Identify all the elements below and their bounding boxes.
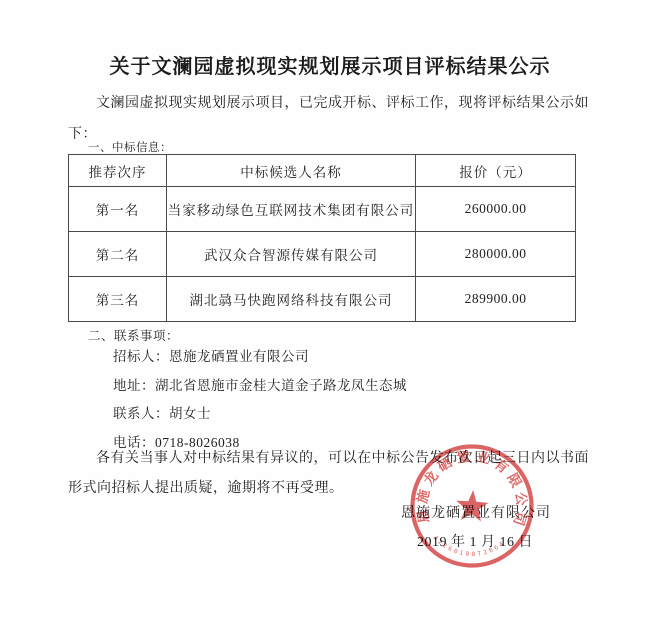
price-cell: 280000.00 — [416, 232, 576, 277]
rank-cell: 第三名 — [69, 277, 167, 322]
contact-person: 联系人：胡女士 — [113, 404, 407, 433]
section-heading-bid-info: 一、中标信息： — [88, 139, 172, 155]
column-header-price: 报价（元） — [416, 155, 576, 187]
rank-cell: 第一名 — [69, 187, 167, 232]
contact-address: 地址：湖北省恩施市金桂大道金子路龙凤生态城 — [113, 376, 407, 405]
contact-tenderer: 招标人：恩施龙硒置业有限公司 — [113, 347, 407, 376]
table-header-row: 推荐次序 中标候选人名称 报价（元） — [69, 155, 576, 187]
bid-result-table: 推荐次序 中标候选人名称 报价（元） 第一名 当家移动绿色互联网技术集团有限公司… — [68, 154, 576, 322]
table-row: 第三名 湖北骉马快跑网络科技有限公司 289900.00 — [69, 277, 576, 322]
seal-company-text: 恩施龙硒置业有限公司 — [412, 444, 534, 532]
candidate-cell: 武汉众合智源传媒有限公司 — [167, 232, 416, 277]
company-seal-stamp: 恩施龙硒置业有限公司 4226010072864 — [403, 437, 542, 576]
table-row: 第一名 当家移动绿色互联网技术集团有限公司 260000.00 — [69, 187, 576, 232]
seal-star-icon — [455, 489, 489, 522]
document-title: 关于文澜园虚拟现实规划展示项目评标结果公示 — [0, 50, 660, 79]
column-header-candidate: 中标候选人名称 — [167, 155, 416, 187]
svg-text:恩施龙硒置业有限公司: 恩施龙硒置业有限公司 — [412, 444, 534, 532]
price-cell: 260000.00 — [416, 187, 576, 232]
candidate-cell: 当家移动绿色互联网技术集团有限公司 — [167, 187, 416, 232]
rank-cell: 第二名 — [69, 232, 167, 277]
section-heading-contact: 二、联系事项： — [88, 326, 179, 344]
candidate-cell: 湖北骉马快跑网络科技有限公司 — [167, 277, 416, 322]
table-row: 第二名 武汉众合智源传媒有限公司 280000.00 — [69, 232, 576, 277]
document-page: 关于文澜园虚拟现实规划展示项目评标结果公示 文澜园虚拟现实规划展示项目，已完成开… — [0, 0, 660, 639]
column-header-rank: 推荐次序 — [69, 155, 167, 187]
price-cell: 289900.00 — [416, 277, 576, 322]
